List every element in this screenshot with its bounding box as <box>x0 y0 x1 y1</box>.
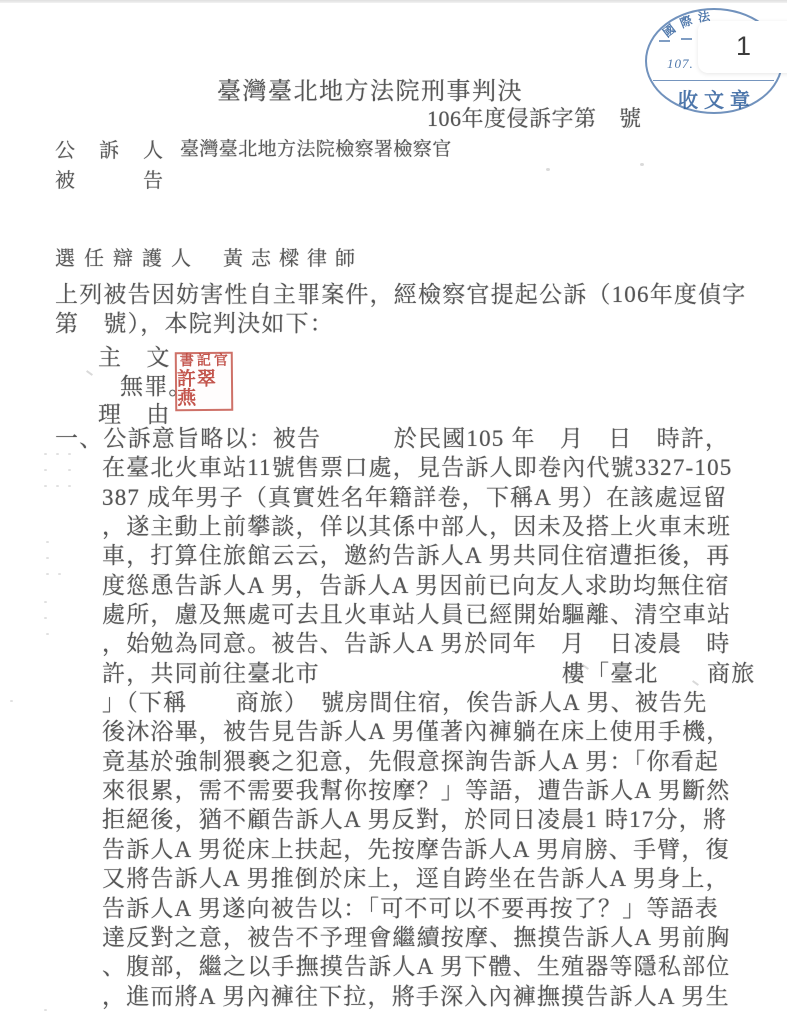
receipt-stamp-arc-char: 際 <box>677 11 695 31</box>
preamble-line: 第 號），本院判決如下： <box>55 309 765 338</box>
page-number-box: 1 <box>698 21 787 73</box>
preamble: 上列被告因妨害性自主罪案件，經檢察官提起公訴（106年度偵字 第 號），本院判決… <box>55 280 765 339</box>
party-role: 被告 <box>55 170 231 192</box>
receipt-stamp-dash <box>681 38 692 40</box>
party-row-counsel: 選任辯護人 黃志樑律師 <box>55 242 200 271</box>
receipt-stamp-dash <box>659 40 670 42</box>
body-line-text: 公訴意旨略以：被告 於民國105 年 月 日 時許， <box>103 426 729 451</box>
body-line: 度慫恿告訴人A 男，告訴人A 男因前已向友人求助均無住宿 <box>55 571 767 600</box>
body-line: 竟基於強制猥褻之犯意，先假意探詢告訴人A 男：「你看起 <box>55 747 767 776</box>
document-page: 國 際 法 107. 收文章 1 臺灣臺北地方法院刑事判決 106年度侵訴字第 … <box>0 0 787 1024</box>
body-line: 達反對之意，被告不予理會繼續按摩、撫摸告訴人A 男前胸 <box>55 923 767 952</box>
body-paragraph: 一、公訴意旨略以：被告 於民國105 年 月 日 時許， 在臺北火車站11號售票… <box>55 424 767 1011</box>
paragraph-marker: 一、 <box>55 426 103 451</box>
preamble-line: 上列被告因妨害性自主罪案件，經檢察官提起公訴（106年度偵字 <box>55 280 765 309</box>
body-line: ，遂主動上前攀談，佯以其係中部人，因未及搭上火車末班 <box>55 512 767 541</box>
party-value: 臺灣臺北地方法院檢察署檢察官 <box>180 134 452 161</box>
clerk-stamp-name: 許翠燕 <box>177 370 231 408</box>
document-title: 臺灣臺北地方法院刑事判決 <box>0 71 740 106</box>
party-role: 公訴人 <box>55 140 187 162</box>
body-line: 」（下稱 商旅） 號房間住宿，俟告訴人A 男、被告先 <box>55 688 767 717</box>
receipt-stamp-arc-char: 國 <box>659 20 679 41</box>
party-row-defendant: 被告 <box>55 164 231 193</box>
body-line: 拒絕後，猶不顧告訴人A 男反對，於同日凌晨1 時17分，將 <box>55 805 767 834</box>
body-line: 來很累，需不需要我幫你按摩？」等語，遭告訴人A 男斷然 <box>55 776 767 805</box>
body-line: 後沐浴畢，被告見告訴人A 男僅著內褲躺在床上使用手機， <box>55 717 767 746</box>
body-line: 告訴人A 男從床上扶起，先按摩告訴人A 男肩膀、手臂，復 <box>55 835 767 864</box>
body-line: 處所，慮及無處可去且火車站人員已經開始驅離、清空車站 <box>55 600 767 629</box>
body-line: 在臺北火車站11號售票口處，見告訴人即卷內代號3327-105 <box>55 453 767 482</box>
body-line: 、腹部，繼之以手撫摸告訴人A 男下體、生殖器等隱私部位 <box>55 952 767 981</box>
body-line: ，進而將A 男內褲往下拉，將手深入內褲撫摸告訴人A 男生 <box>55 982 767 1011</box>
body-line: 告訴人A 男遂向被告以：「可不可以不要再按了？」等語表 <box>55 894 767 923</box>
body-line: 車，打算住旅館云云，邀約告訴人A 男共同住宿遭拒後，再 <box>55 541 767 570</box>
clerk-stamp: 書記官 許翠燕 <box>175 352 234 412</box>
body-line: ，始勉為同意。被告、告訴人A 男於同年 月 日凌晨 時 <box>55 629 767 658</box>
body-line: 387 成年男子（真實姓名年籍詳卷，下稱A 男）在該處逗留 <box>55 483 767 512</box>
party-value: 黃志樑律師 <box>223 242 363 271</box>
body-line: 許，共同前往臺北市 樓「臺北 商旅 <box>55 659 767 688</box>
page-number: 1 <box>736 31 751 62</box>
body-line: 又將告訴人A 男推倒於床上，逕自跨坐在告訴人A 男身上， <box>55 864 767 893</box>
case-number: 106年度侵訴字第 號 <box>427 102 642 133</box>
clerk-stamp-title: 書記官 <box>177 355 231 369</box>
body-line: 一、公訴意旨略以：被告 於民國105 年 月 日 時許， <box>55 424 767 453</box>
scan-edge <box>0 0 787 3</box>
party-row-prosecutor: 公訴人 臺灣臺北地方法院檢察署檢察官 <box>55 134 187 163</box>
receipt-stamp-date: 107. <box>667 56 694 72</box>
party-role: 選任辯護人 <box>55 248 200 270</box>
